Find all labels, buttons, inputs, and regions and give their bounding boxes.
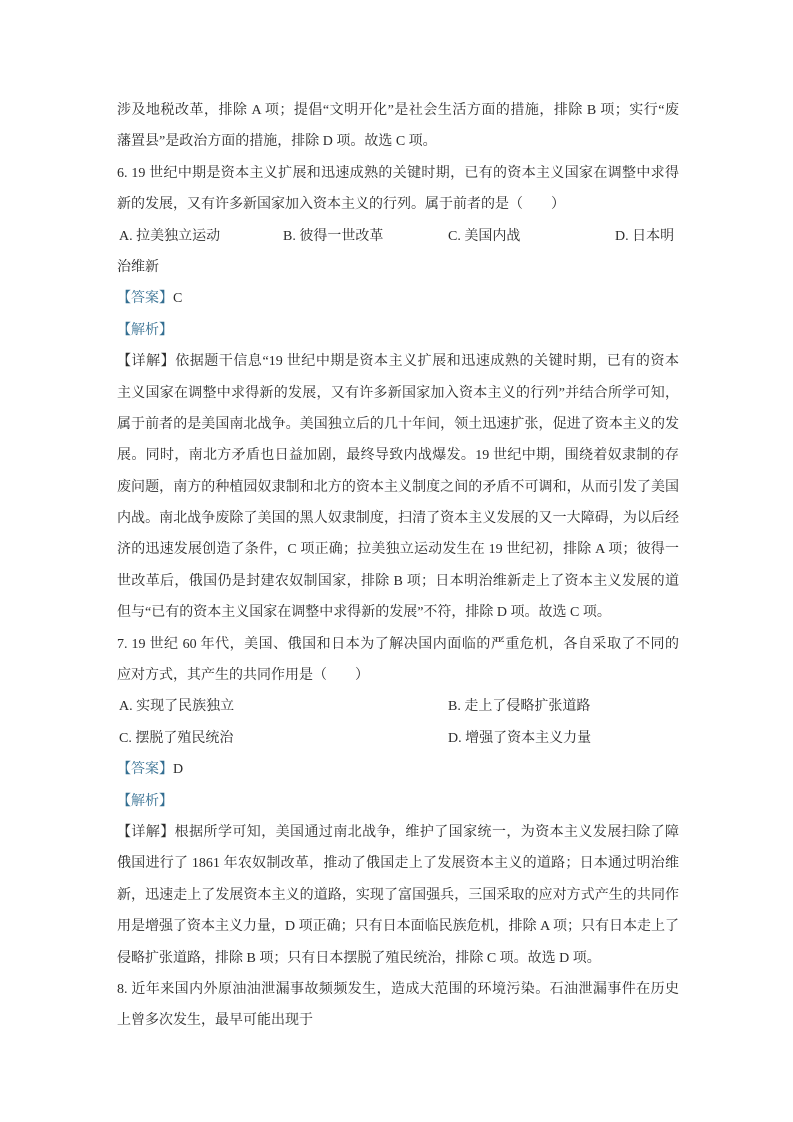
- q7-analysis-line: 【解析】: [117, 786, 679, 817]
- q6-stem-line-2: 新的发展，又有许多新国家加入资本主义的行列。属于前者的是（ ）: [117, 189, 679, 220]
- q8-stem-line-1: 8. 近年来国内外原油油泄漏事故频频发生，造成大范围的环境污染。石油泄漏事件在历…: [117, 974, 679, 1005]
- document-content: 涉及地税改革，排除 A 项；提倡“文明开化”是社会生活方面的措施，排除 B 项；…: [117, 95, 679, 1037]
- q6-explanation-line: 主义国家在调整中求得新的发展，又有许多新国家加入资本主义的行列”并结合所学可知，: [117, 378, 679, 409]
- q6-explanation-line: 【详解】依据题干信息“19 世纪中期是资本主义扩展和迅速成熟的关键时期，已有的资…: [117, 346, 679, 377]
- q6-stem-line-1: 6. 19 世纪中期是资本主义扩展和迅速成熟的关键时期，已有的资本主义国家在调整…: [117, 158, 679, 189]
- q7-options-row-1: A. 实现了民族独立 B. 走上了侵略扩张道路: [117, 691, 679, 722]
- q6-option-b: B. 彼得一世改革: [283, 221, 383, 252]
- q7-stem-line-1: 7. 19 世纪 60 年代，美国、俄国和日本为了解决国内面临的严重危机，各自采…: [117, 629, 679, 660]
- q7-options-row-2: C. 摆脱了殖民统治 D. 增强了资本主义力量: [117, 723, 679, 754]
- q7-analysis-label: 【解析】: [117, 794, 173, 809]
- q7-explanation-line: 新，迅速走上了发展资本主义的道路，实现了富国强兵，三国采取的应对方式产生的共同作: [117, 880, 679, 911]
- q6-option-d: D. 日本明: [615, 221, 674, 252]
- q6-explanation-line: 展。同时，南北方矛盾也日益加剧，最终导致内战爆发。19 世纪中期，围绕着奴隶制的…: [117, 440, 679, 471]
- q6-explanation-line: 属于前者的是美国南北战争。美国独立后的几十年间，领土迅速扩张，促进了资本主义的发: [117, 409, 679, 440]
- q7-explanation-line: 俄国进行了 1861 年农奴制改革，推动了俄国走上了发展资本主义的道路；日本通过…: [117, 848, 679, 879]
- q7-stem-line-2: 应对方式，其产生的共同作用是（ ）: [117, 660, 679, 691]
- exam-answer-page: 涉及地税改革，排除 A 项；提倡“文明开化”是社会生活方面的措施，排除 B 项；…: [0, 0, 793, 1122]
- q7-option-b: B. 走上了侵略扩张道路: [448, 691, 590, 722]
- q7-option-a: A. 实现了民族独立: [119, 691, 234, 722]
- q8-stem-line-2: 上曾多次发生，最早可能出现于: [117, 1005, 679, 1036]
- q6-answer-line: 【答案】C: [117, 283, 679, 314]
- q6-explanation-line: 世改革后，俄国仍是封建农奴制国家，排除 B 项；日本明治维新走上了资本主义发展的…: [117, 566, 679, 597]
- q6-option-a: A. 拉美独立运动: [119, 221, 220, 252]
- prev-explanation-line-1: 涉及地税改革，排除 A 项；提倡“文明开化”是社会生活方面的措施，排除 B 项；…: [117, 95, 679, 126]
- q7-answer-label: 【答案】: [117, 762, 173, 777]
- q7-option-c: C. 摆脱了殖民统治: [119, 723, 233, 754]
- q7-explanation-line: 用是增强了资本主义力量，D 项正确；只有日本面临民族危机，排除 A 项；只有日本…: [117, 911, 679, 942]
- q6-option-d-wrap: 治维新: [117, 252, 679, 283]
- q6-explanation-line: 废问题，南方的种植园奴隶制和北方的资本主义制度之间的矛盾不可调和，从而引发了美国: [117, 472, 679, 503]
- q7-option-d: D. 增强了资本主义力量: [448, 723, 591, 754]
- q6-option-c: C. 美国内战: [448, 221, 520, 252]
- prev-explanation-line-2: 藩置县”是政治方面的措施，排除 D 项。故选 C 项。: [117, 126, 679, 157]
- q6-explanation-line: 济的迅速发展创造了条件，C 项正确；拉美独立运动发生在 19 世纪初，排除 A …: [117, 534, 679, 565]
- q6-explanation-line: 内战。南北战争废除了美国的黑人奴隶制度，扫清了资本主义发展的又一大障碍，为以后经: [117, 503, 679, 534]
- q6-answer-label: 【答案】: [117, 291, 173, 306]
- q6-options-row: A. 拉美独立运动 B. 彼得一世改革 C. 美国内战 D. 日本明: [117, 221, 679, 252]
- q6-analysis-line: 【解析】: [117, 315, 679, 346]
- q7-answer-line: 【答案】D: [117, 754, 679, 785]
- q6-explanation-line: 但与“已有的资本主义国家在调整中求得新的发展”不符，排除 D 项。故选 C 项。: [117, 597, 679, 628]
- q6-answer-value: C: [173, 291, 182, 306]
- q6-analysis-label: 【解析】: [117, 323, 173, 338]
- q7-explanation-line: 【详解】根据所学可知，美国通过南北战争，维护了国家统一，为资本主义发展扫除了障碍…: [117, 817, 679, 848]
- q7-answer-value: D: [173, 762, 183, 777]
- q7-explanation-line: 侵略扩张道路，排除 B 项；只有日本摆脱了殖民统治，排除 C 项。故选 D 项。: [117, 943, 679, 974]
